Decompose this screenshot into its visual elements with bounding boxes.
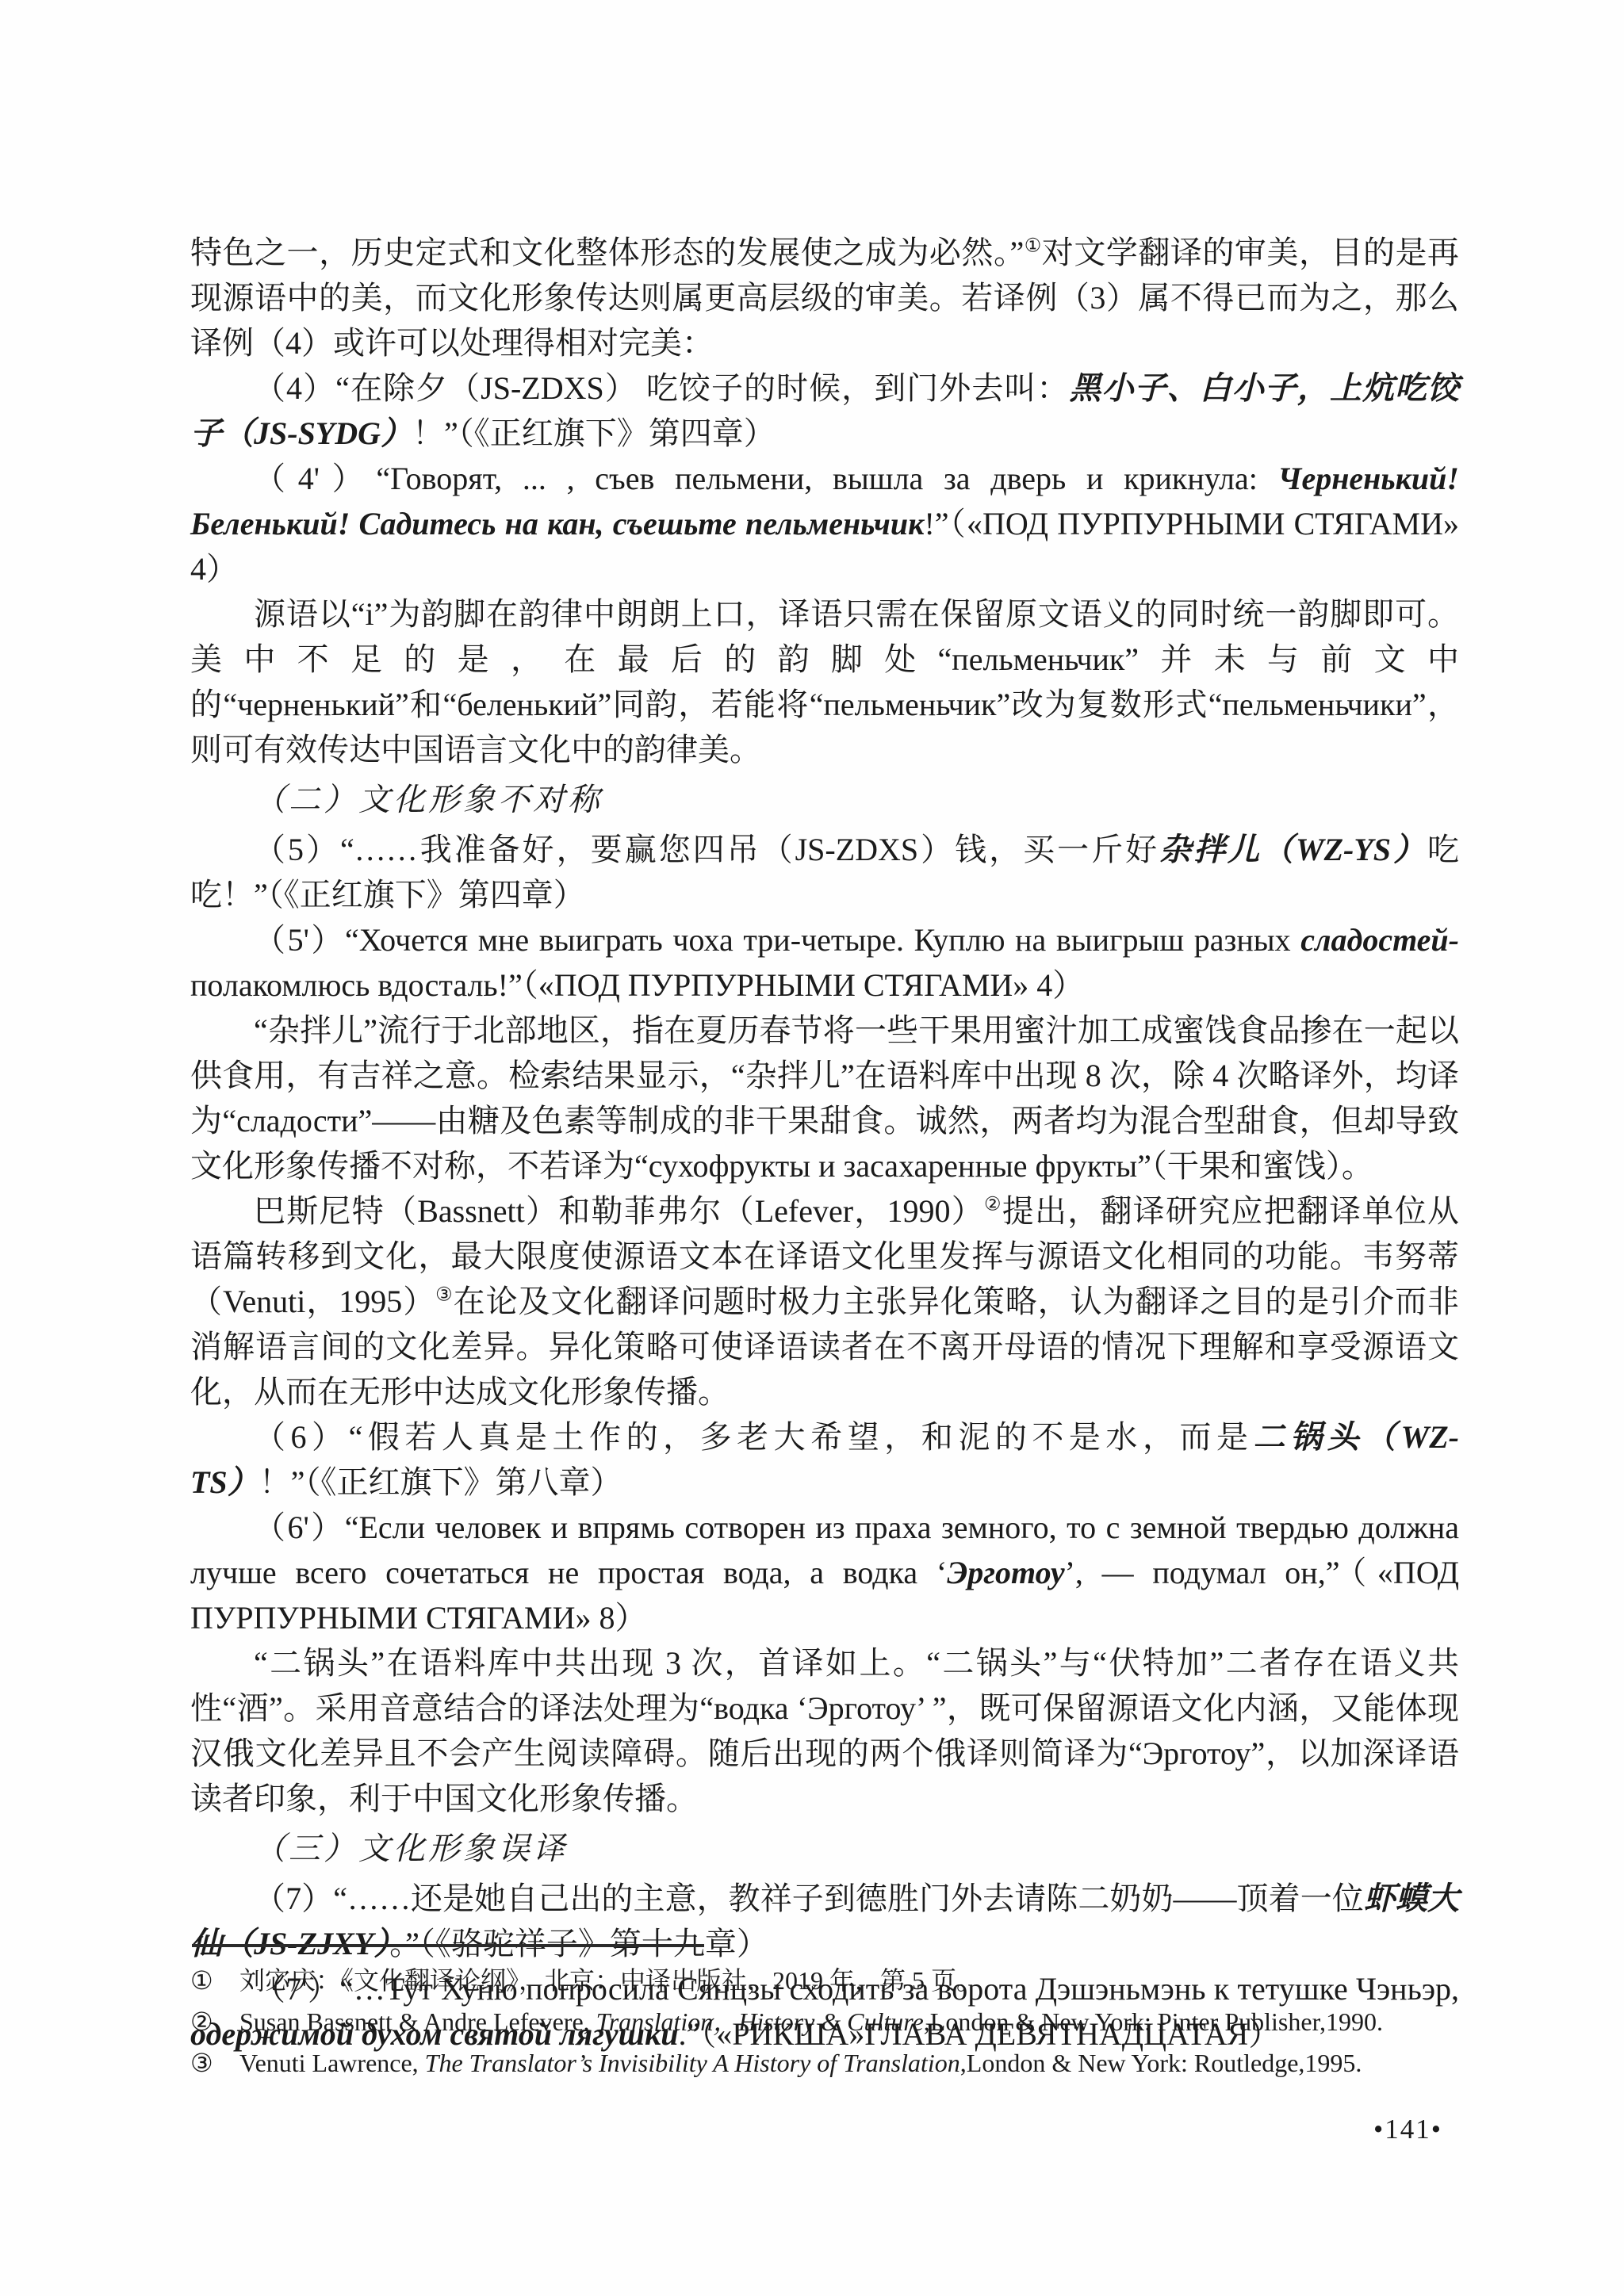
text-segment: （三）文化形象误译 — [254, 1831, 568, 1866]
text-segment: （二）文化形象不对称 — [254, 782, 603, 817]
paragraph: （6'）“Если человек и впрямь сотворен из п… — [190, 1505, 1459, 1640]
text-segment: Venuti Lawrence, — [239, 2049, 425, 2077]
text-segment: （7）“……还是她自己出的主意，教祥子到德胜门外去请陈二奶奶——顶着一位 — [254, 1881, 1364, 1916]
paragraph: （5'）“Хочется мне выиграть чоха три-четыр… — [190, 917, 1459, 1008]
paragraph: 特色之一，历史定式和文化整体形态的发展使之成为必然。”①对文学翻译的审美，目的是… — [190, 230, 1459, 365]
paragraph: （4'）“Говорят, ... , съев пельмени, вышла… — [190, 456, 1459, 591]
text-segment: 杂拌儿（WZ-YS） — [1159, 832, 1427, 867]
text-segment: полакомлюсь вдосталь!”（«ПОД ПУРПУРНЫМИ С… — [190, 967, 1084, 1003]
paragraph: 巴斯尼特（Bassnett）和勒菲弗尔（Lefever，1990）②提出，翻译研… — [190, 1188, 1459, 1414]
text-segment: （6）“假若人真是土作的，多老大希望，和泥的不是水，而是 — [254, 1419, 1254, 1455]
text-segment: （5'）“Хочется мне выиграть чоха три-четыр… — [254, 922, 1300, 958]
text-segment: 特色之一，历史定式和文化整体形态的发展使之成为必然。” — [190, 235, 1024, 270]
text-segment: The Translator’s Invisibility A History … — [425, 2049, 960, 2077]
body-text: 特色之一，历史定式和文化整体形态的发展使之成为必然。”①对文学翻译的审美，目的是… — [190, 230, 1459, 2057]
footnote-marker: ③ — [190, 2042, 239, 2084]
text-segment: ！”（《正红旗下》第八章） — [259, 1464, 622, 1500]
paragraph: （6）“假若人真是土作的，多老大希望，和泥的不是水，而是二锅头（WZ-TS）！”… — [190, 1414, 1459, 1505]
footnote-text: 刘宓庆：《文化翻译论纲》，北京：中译出版社，2019 年，第 5 页。 — [239, 1960, 1522, 2001]
text-segment: （5）“……我准备好，要赢您四吊（JS-ZDXS）钱，买一斤好 — [254, 832, 1159, 867]
footnote-divider — [192, 1944, 704, 1947]
footnote-item: ②Susan Bassnett & Andre Lefevere, Transl… — [190, 2001, 1522, 2042]
text-segment: （4）“在除夕（JS-ZDXS） 吃饺子的时候，到门外去叫： — [254, 370, 1069, 406]
footnote-item: ①刘宓庆：《文化翻译论纲》，北京：中译出版社，2019 年，第 5 页。 — [190, 1960, 1522, 2001]
text-segment: （4'）“Говорят, ... , съев пельмени, вышла… — [254, 461, 1278, 496]
footnote-text: Susan Bassnett & Andre Lefevere, Transla… — [239, 2001, 1522, 2042]
footnotes-section: ①刘宓庆：《文化翻译论纲》，北京：中译出版社，2019 年，第 5 页。②Sus… — [190, 1944, 1522, 2084]
paragraph: “杂拌儿”流行于北部地区，指在夏历春节将一些干果用蜜汁加工成蜜饯食品掺在一起以供… — [190, 1008, 1459, 1188]
text-segment: “杂拌儿”流行于北部地区，指在夏历春节将一些干果用蜜汁加工成蜜饯食品掺在一起以供… — [190, 1012, 1459, 1184]
text-segment: ,London & New York: Routledge,1995. — [960, 2049, 1362, 2077]
text-segment: Susan Bassnett & Andre Lefevere, — [239, 2007, 596, 2036]
footnote-marker: ① — [190, 1960, 239, 2001]
footnote-item: ③Venuti Lawrence, The Translator’s Invis… — [190, 2042, 1522, 2084]
text-segment: ！”（《正红旗下》第四章） — [412, 415, 776, 451]
footnote-reference: ① — [1024, 236, 1042, 257]
paragraph: 源语以“i”为韵脚在韵律中朗朗上口，译语只需在保留原文语义的同时统一韵脚即可。美… — [190, 591, 1459, 772]
text-segment: 源语以“i”为韵脚在韵律中朗朗上口，译语只需在保留原文语义的同时统一韵脚即可。美… — [190, 596, 1459, 767]
text-segment: сладостей- — [1300, 922, 1459, 958]
footnote-text: Venuti Lawrence, The Translator’s Invisi… — [239, 2042, 1522, 2084]
footnote-reference: ③ — [435, 1285, 453, 1306]
section-heading: （三）文化形象误译 — [190, 1826, 1459, 1871]
text-segment: ,London & New York: Pinter Publisher,199… — [924, 2007, 1383, 2036]
text-segment: “二锅头”在语料库中共出现 3 次，首译如上。“二锅头”与“伏特加”二者存在语义… — [190, 1645, 1459, 1816]
document-page: 特色之一，历史定式和文化整体形态的发展使之成为必然。”①对文学翻译的审美，目的是… — [0, 0, 1624, 2296]
text-segment: 巴斯尼特（Bassnett）和勒菲弗尔（Lefever，1990） — [254, 1193, 984, 1229]
page-number: •141• — [1373, 2114, 1442, 2145]
section-heading: （二）文化形象不对称 — [190, 777, 1459, 822]
paragraph: “二锅头”在语料库中共出现 3 次，首译如上。“二锅头”与“伏特加”二者存在语义… — [190, 1640, 1459, 1821]
footnotes-list: ①刘宓庆：《文化翻译论纲》，北京：中译出版社，2019 年，第 5 页。②Sus… — [190, 1960, 1522, 2084]
footnote-marker: ② — [190, 2001, 239, 2042]
text-segment: Эрготоу — [947, 1555, 1064, 1590]
text-segment: 刘宓庆：《文化翻译论纲》，北京：中译出版社，2019 年，第 5 页。 — [239, 1966, 982, 1995]
text-segment: Translation，History & Culture — [596, 2007, 924, 2036]
footnote-reference: ② — [984, 1195, 1002, 1215]
paragraph: （5）“……我准备好，要赢您四吊（JS-ZDXS）钱，买一斤好杂拌儿（WZ-YS… — [190, 827, 1459, 917]
paragraph: （4）“在除夕（JS-ZDXS） 吃饺子的时候，到门外去叫：黑小子、白小子，上炕… — [190, 365, 1459, 456]
